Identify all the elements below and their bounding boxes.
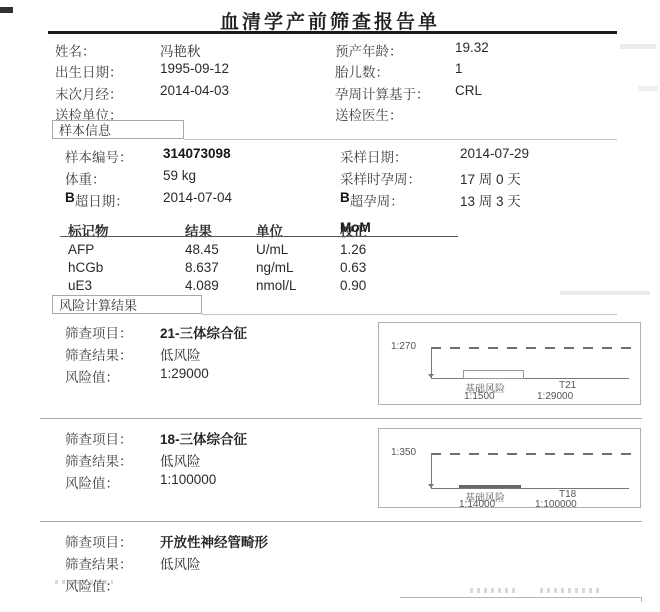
ultrasound-date-value: 2014-07-04 xyxy=(163,190,232,205)
lmp-label: 末次月经： xyxy=(55,83,123,103)
base-risk-value: 1:14000 xyxy=(459,499,495,510)
patient-row: 出生日期： 1995-09-12 胎儿数： 1 xyxy=(0,61,660,83)
ultrasound-ga-label-rest: 超孕周： xyxy=(350,190,404,210)
weight-label: 体重： xyxy=(65,168,106,188)
sample-row: 样本编号： 314073098 采样日期： 2014-07-29 xyxy=(0,146,660,168)
report-title: 血清学产前筛查报告单 xyxy=(0,7,660,34)
col-mom-prefix: 校正 xyxy=(340,220,367,240)
screen-result-value: 低风险 xyxy=(160,450,201,470)
ultrasound-date-label-rest: 超日期： xyxy=(75,190,129,210)
fetus-count-value: 1 xyxy=(455,61,463,76)
prenatal-screening-report: { "title": "血清学产前筛查报告单", "patient": { "r… xyxy=(0,0,660,612)
col-corrected-mom: 校正MoM xyxy=(340,220,371,235)
fetus-count-label: 胎儿数： xyxy=(335,61,389,81)
risk-section-header: 风险计算结果 xyxy=(52,295,202,314)
screen-result-label: 筛查结果： xyxy=(65,450,133,470)
risk2-diagram: 1:350 基础风险 T18 1:14000 1:100000 xyxy=(378,428,641,508)
section-header-line xyxy=(202,314,617,315)
base-risk-bar xyxy=(459,485,521,488)
screen-item-label: 筛查项目： xyxy=(65,322,133,342)
ga-at-sampling-value: 17 周 0 天 xyxy=(460,168,521,188)
referring-doctor-label: 送检医生： xyxy=(335,104,403,124)
screen-item-label: 筛查项目： xyxy=(65,531,133,551)
axis-vertical-line xyxy=(431,453,432,488)
marker-mom: 0.90 xyxy=(340,278,366,293)
base-risk-bar xyxy=(463,370,524,379)
screen-result-label: 筛查结果： xyxy=(65,344,133,364)
sample-section-header: 样本信息 xyxy=(52,120,184,139)
marker-result: 48.45 xyxy=(185,242,219,257)
marker-name: uE3 xyxy=(68,278,92,293)
patient-row: 末次月经： 2014-04-03 孕周计算基于： CRL xyxy=(0,83,660,105)
screen-item-value: 开放性神经管畸形 xyxy=(160,531,268,551)
name-value: 冯艳秋 xyxy=(160,40,201,60)
sample-id-label: 样本编号： xyxy=(65,146,133,166)
faint-partial-diagram-text xyxy=(470,588,515,593)
ga-basis-label: 孕周计算基于： xyxy=(335,83,430,103)
marker-unit: U/mL xyxy=(256,242,288,257)
sampling-date-value: 2014-07-29 xyxy=(460,146,529,161)
name-label: 姓名： xyxy=(55,40,96,60)
marker-name: AFP xyxy=(68,242,94,257)
table-header-underline xyxy=(60,236,458,237)
screen-result-label: 筛查结果： xyxy=(65,553,133,573)
risk-value: 1:100000 xyxy=(160,472,216,487)
risk1-diagram: 1:270 基础风险 T21 1:1500 1:29000 xyxy=(378,322,641,405)
birth-date-label: 出生日期： xyxy=(55,61,123,81)
marker-mom: 0.63 xyxy=(340,260,366,275)
marker-name: hCGb xyxy=(68,260,103,275)
t18-value: 1:100000 xyxy=(535,499,577,510)
risk-value-label: 风险值： xyxy=(65,366,119,386)
screen-item-value: 18-三体综合征 xyxy=(160,428,247,448)
screen-item-label: 筛查项目： xyxy=(65,428,133,448)
predicted-age-label: 预产年龄： xyxy=(335,40,403,60)
section-divider xyxy=(40,418,642,419)
ultrasound-ga-label: B超孕周： xyxy=(340,190,350,205)
marker-unit: ng/mL xyxy=(256,260,294,275)
base-risk-value: 1:1500 xyxy=(464,391,495,402)
risk3-value-row: 风险值： xyxy=(0,575,660,597)
ultrasound-date-label: B超日期： xyxy=(65,190,75,205)
markers-table-header: 标记物 结果 单位 校正MoM xyxy=(0,220,660,242)
risk-value: 1:29000 xyxy=(160,366,209,381)
ga-at-sampling-label: 采样时孕周： xyxy=(340,168,421,188)
marker-unit: nmol/L xyxy=(256,278,297,293)
marker-result: 4.089 xyxy=(185,278,219,293)
partial-diagram-corner xyxy=(641,597,642,602)
sampling-date-label: 采样日期： xyxy=(340,146,408,166)
risk3-item-row: 筛查项目： 开放性神经管畸形 xyxy=(0,531,660,553)
risk-value-label: 风险值： xyxy=(65,472,119,492)
cutoff-dashed-line xyxy=(431,347,631,349)
cutoff-dashed-line xyxy=(431,453,631,455)
lmp-value: 2014-04-03 xyxy=(160,83,229,98)
weight-value: 59 kg xyxy=(163,168,196,183)
sample-id-value: 314073098 xyxy=(163,146,231,161)
screen-result-value: 低风险 xyxy=(160,344,201,364)
marker-mom: 1.26 xyxy=(340,242,366,257)
t21-label: T21 xyxy=(559,380,576,391)
axis-baseline xyxy=(431,378,629,379)
ultrasound-ga-value: 13 周 3 天 xyxy=(460,190,521,210)
cutoff-label: 1:350 xyxy=(391,447,416,458)
sample-row: 体重： 59 kg 采样时孕周： 17 周 0 天 xyxy=(0,168,660,190)
screen-item-value: 21-三体综合征 xyxy=(160,322,247,342)
ga-basis-value: CRL xyxy=(455,83,482,98)
faint-partial-diagram-text xyxy=(540,588,602,593)
partial-diagram-line xyxy=(400,597,642,598)
sample-row: B超日期： 2014-07-04 B超孕周： 13 周 3 天 xyxy=(0,190,660,212)
ultrasound-date-label-b: B xyxy=(65,190,75,205)
ultrasound-ga-label-b: B xyxy=(340,190,350,205)
section-header-line xyxy=(184,139,617,140)
col-unit: 单位 xyxy=(256,220,283,240)
screen-result-value: 低风险 xyxy=(160,553,201,573)
t21-value: 1:29000 xyxy=(537,391,573,402)
title-divider xyxy=(48,31,617,34)
risk-value-label: 风险值： xyxy=(65,575,119,595)
predicted-age-value: 19.32 xyxy=(455,40,489,55)
birth-date-value: 1995-09-12 xyxy=(160,61,229,76)
col-marker: 标记物 xyxy=(68,220,109,240)
patient-row: 姓名： 冯艳秋 预产年龄： 19.32 xyxy=(0,40,660,62)
axis-baseline xyxy=(431,488,629,489)
risk3-result-row: 筛查结果： 低风险 xyxy=(0,553,660,575)
marker-result: 8.637 xyxy=(185,260,219,275)
col-result: 结果 xyxy=(185,220,212,240)
section-divider xyxy=(40,521,642,522)
cutoff-label: 1:270 xyxy=(391,341,416,352)
